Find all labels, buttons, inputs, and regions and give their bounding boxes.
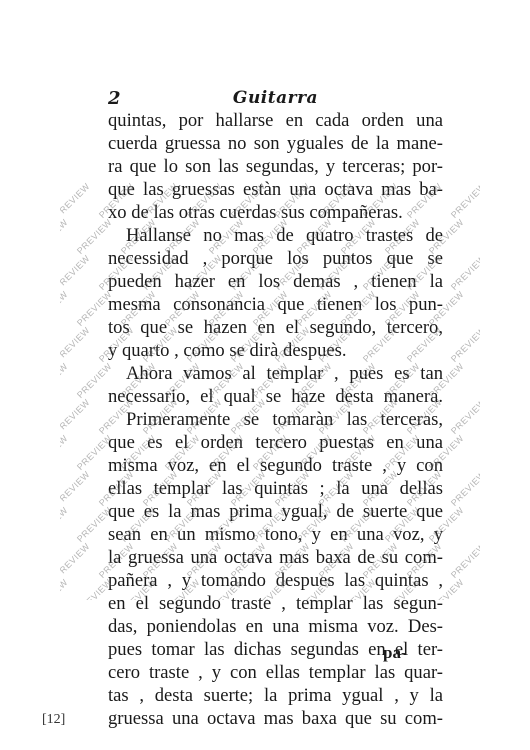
running-title: Guitarra	[108, 88, 443, 108]
text-line: que es el orden tercero puestas en una	[108, 431, 443, 454]
watermark-text: PREVIEW	[60, 325, 92, 364]
text-line: que las gruessas estàn una octava mas ba…	[108, 178, 443, 201]
watermark-text: PREVIEW	[60, 505, 70, 544]
text-line: Hallanse no mas de quatro trastes de	[108, 224, 443, 247]
page-header: 2 Guitarra	[108, 88, 443, 108]
text-line: tas , desta suerte; la prima ygual , y l…	[108, 684, 443, 707]
watermark-text: PREVIEW	[60, 469, 92, 508]
watermark-text: PREVIEW	[60, 433, 70, 472]
text-line: ra que lo son las segundas, y terceras; …	[108, 155, 443, 178]
watermark-text: PREVIEW	[60, 577, 70, 600]
text-line: mesma consonancia que tienen los pun-	[108, 293, 443, 316]
text-line: das, poniendolas en una misma voz. Des-	[108, 615, 443, 638]
catchword: pa-	[383, 643, 407, 663]
watermark-text: PREVIEW	[449, 397, 480, 436]
watermark-text: PREVIEW	[60, 289, 70, 328]
text-line: misma voz, en el segundo traste , y con	[108, 454, 443, 477]
page-label: [12]	[42, 712, 65, 728]
text-line: la gruessa una octava mas baxa de su com…	[108, 546, 443, 569]
watermark-text: PREVIEW	[60, 397, 92, 436]
text-line: Ahora vamos al templar , pues es tan	[108, 362, 443, 385]
text-line: tos que se hazen en el segundo, tercero,	[108, 316, 443, 339]
watermark-text: PREVIEW	[60, 361, 70, 400]
watermark-text: PREVIEW	[60, 217, 70, 256]
watermark-text: PREVIEW	[60, 181, 92, 220]
text-line: y quarto , como se dirà despues.	[108, 339, 443, 362]
text-line: gruessa una octava mas baxa que su com-	[108, 707, 443, 730]
text-line: ellas templar las quintas ; la una della…	[108, 477, 443, 500]
text-line: en el segundo traste , templar las segun…	[108, 592, 443, 615]
watermark-text: PREVIEW	[449, 541, 480, 580]
watermark-text: PREVIEW	[60, 541, 92, 580]
watermark-text: PREVIEW	[60, 253, 92, 292]
text-line: cuerda gruessa no son yguales de la mane…	[108, 132, 443, 155]
text-line: pañera , y tomando despues las quintas ,	[108, 569, 443, 592]
text-line: necessario, el qual se haze desta manera…	[108, 385, 443, 408]
text-line: cero traste , y con ellas templar las qu…	[108, 661, 443, 684]
text-line: necessidad , porque los puntos que se	[108, 247, 443, 270]
text-line: Primeramente se tomaràn las terceras,	[108, 408, 443, 431]
document-page: 2 Guitarra quintas, por hallarse en cada…	[0, 0, 530, 750]
watermark-text: PREVIEW	[449, 325, 480, 364]
text-line: que es la mas prima ygual, de suerte que	[108, 500, 443, 523]
body-text: quintas, por hallarse en cada orden una …	[108, 109, 443, 730]
text-line: quintas, por hallarse en cada orden una	[108, 109, 443, 132]
watermark-text: PREVIEW	[449, 181, 480, 220]
text-line: pueden hazer en los demas , tienen la	[108, 270, 443, 293]
watermark-text: PREVIEW	[449, 469, 480, 508]
text-line: xo de las otras cuerdas sus compañeras.	[108, 201, 443, 224]
text-line: sean en un mismo tono, y en una voz, y	[108, 523, 443, 546]
watermark-text: PREVIEW	[449, 253, 480, 292]
